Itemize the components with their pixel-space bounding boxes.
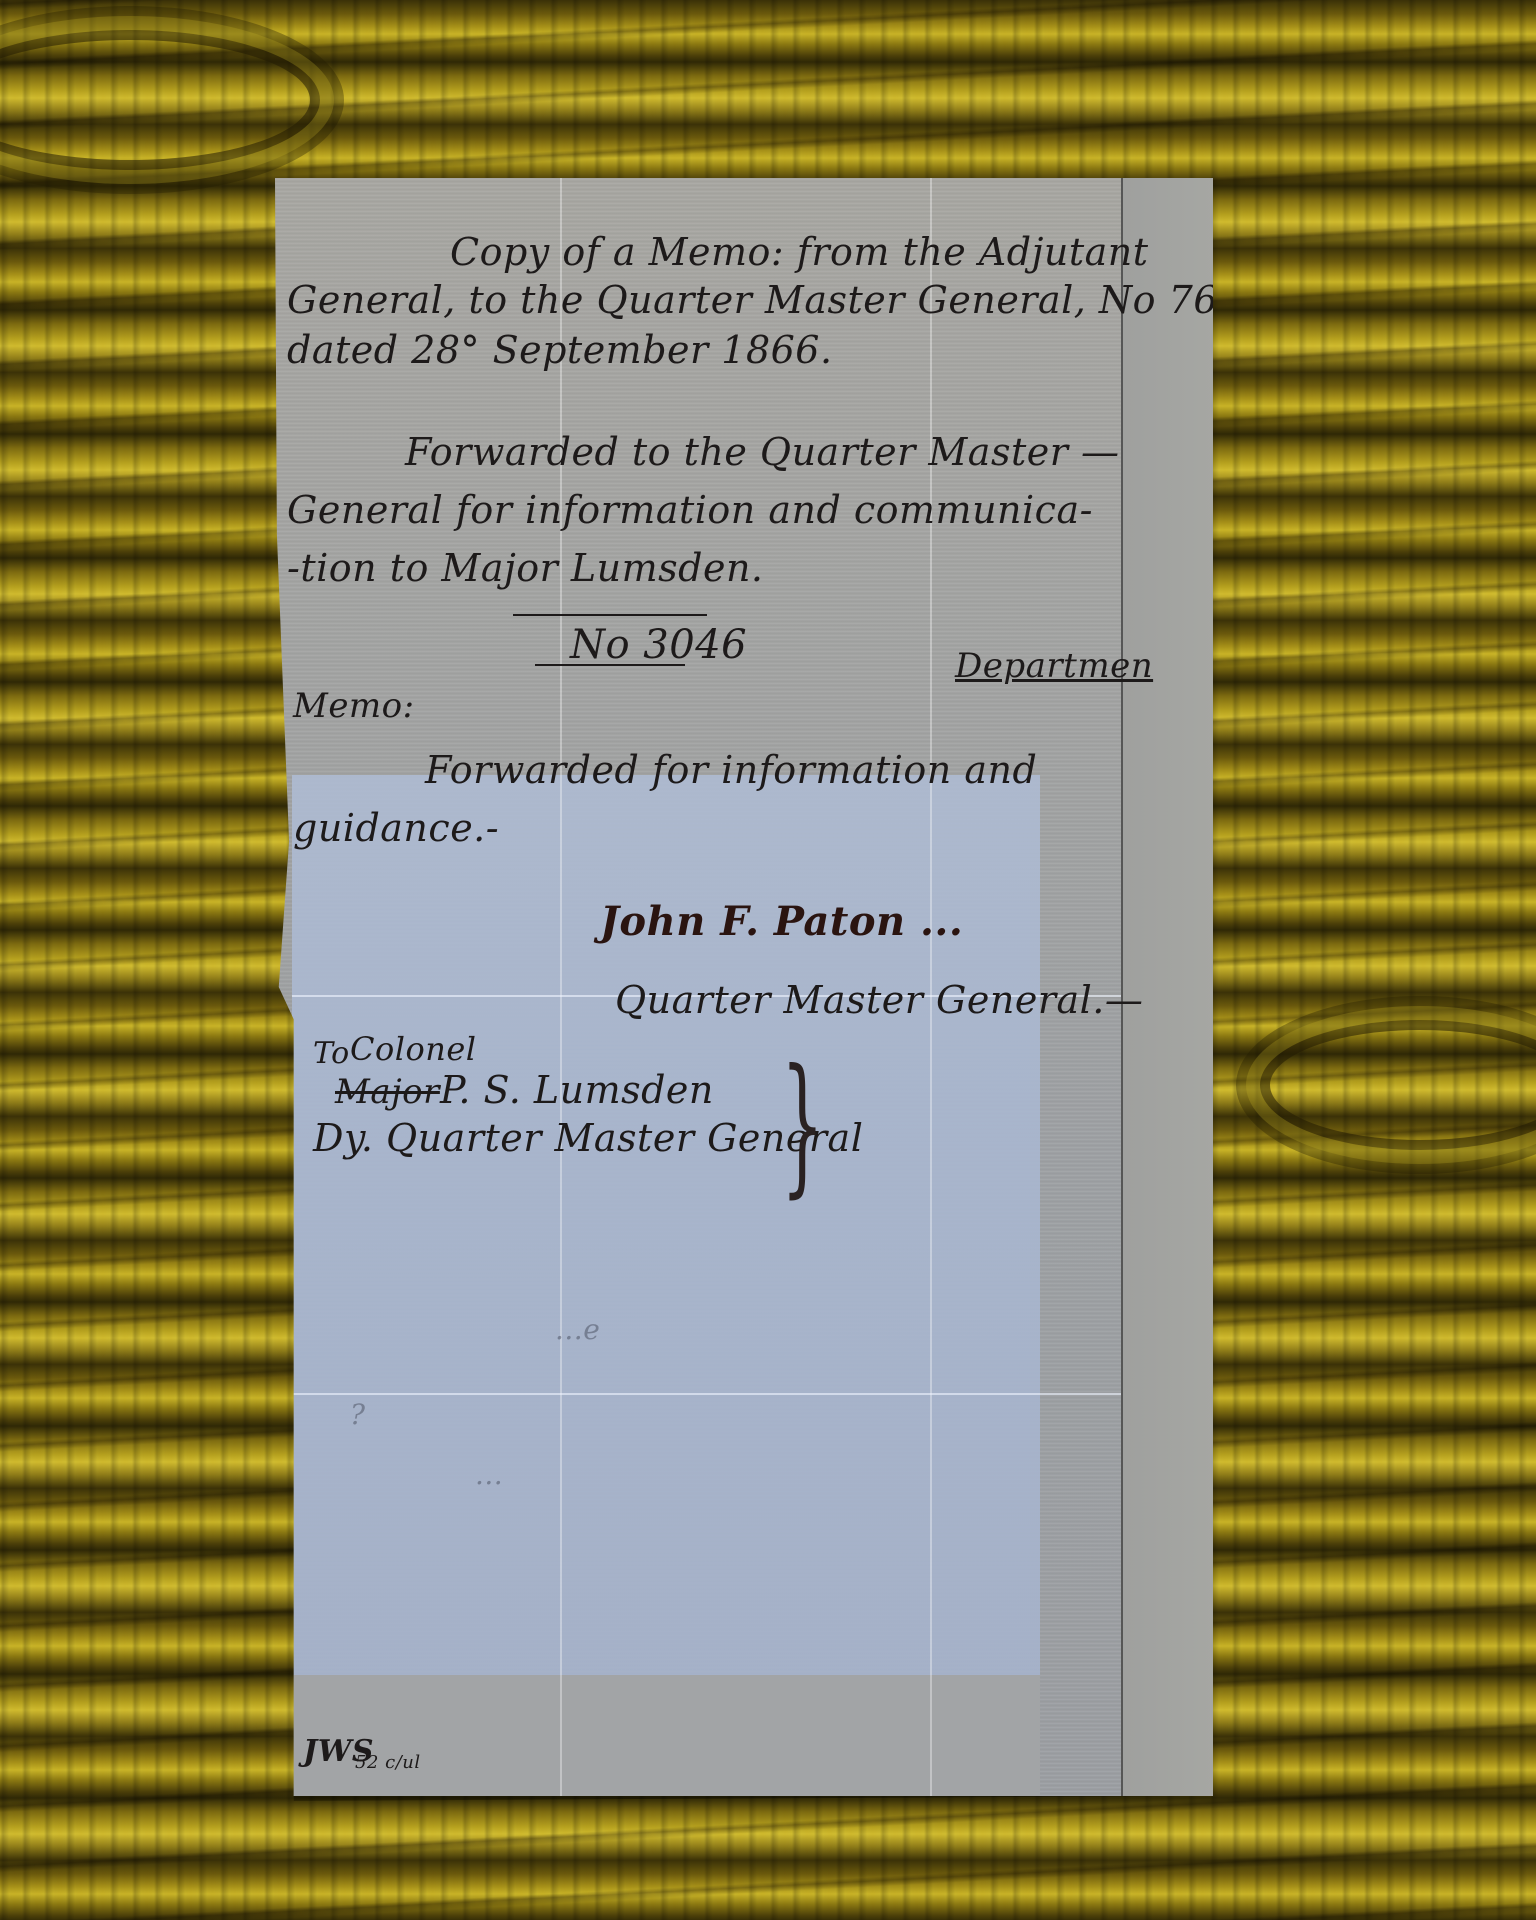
addressee-rank-inserted: Colonel (350, 1030, 477, 1068)
horizontal-fold (292, 1393, 1121, 1395)
footer-note: 52 c/ul (355, 1752, 421, 1773)
memo-number-rule-top (513, 614, 707, 616)
memo-label: Memo: (293, 686, 415, 726)
signature: John F. Paton ... (600, 898, 963, 945)
pencil-mark: ? (350, 1398, 366, 1431)
addressee-brace: } (781, 1038, 824, 1212)
header-line-3: dated 28° September 1866. (287, 328, 833, 372)
department-label: Departmen (955, 646, 1153, 686)
header-line-2: General, to the Quarter Master General, … (287, 278, 1321, 322)
pencil-mark: ...e (555, 1313, 600, 1346)
forwarding-line-2: General for information and communica- (287, 488, 1093, 532)
signatory-title: Quarter Master General.— (615, 978, 1143, 1022)
memo-number-rule-bottom (535, 664, 685, 666)
header-line-1: Copy of a Memo: from the Adjutant (450, 230, 1149, 274)
body-line-2: guidance.- (293, 806, 499, 850)
forwarding-line-1: Forwarded to the Quarter Master — (405, 430, 1119, 474)
addressee-name: P. S. Lumsden (440, 1068, 714, 1112)
memo-number: No 3046 (570, 622, 747, 668)
body-line-1: Forwarded for information and (425, 748, 1037, 792)
lower-gray-paper-band (292, 1675, 1040, 1796)
forwarding-line-3: -tion to Major Lumsden. (287, 546, 764, 590)
addressee-to: To (313, 1036, 350, 1071)
pencil-mark: ... (475, 1458, 503, 1491)
addressee-rank-struck: Major (335, 1072, 440, 1112)
memo-paper: Copy of a Memo: from the Adjutant Genera… (275, 178, 1213, 1796)
vertical-fold (560, 178, 562, 1796)
